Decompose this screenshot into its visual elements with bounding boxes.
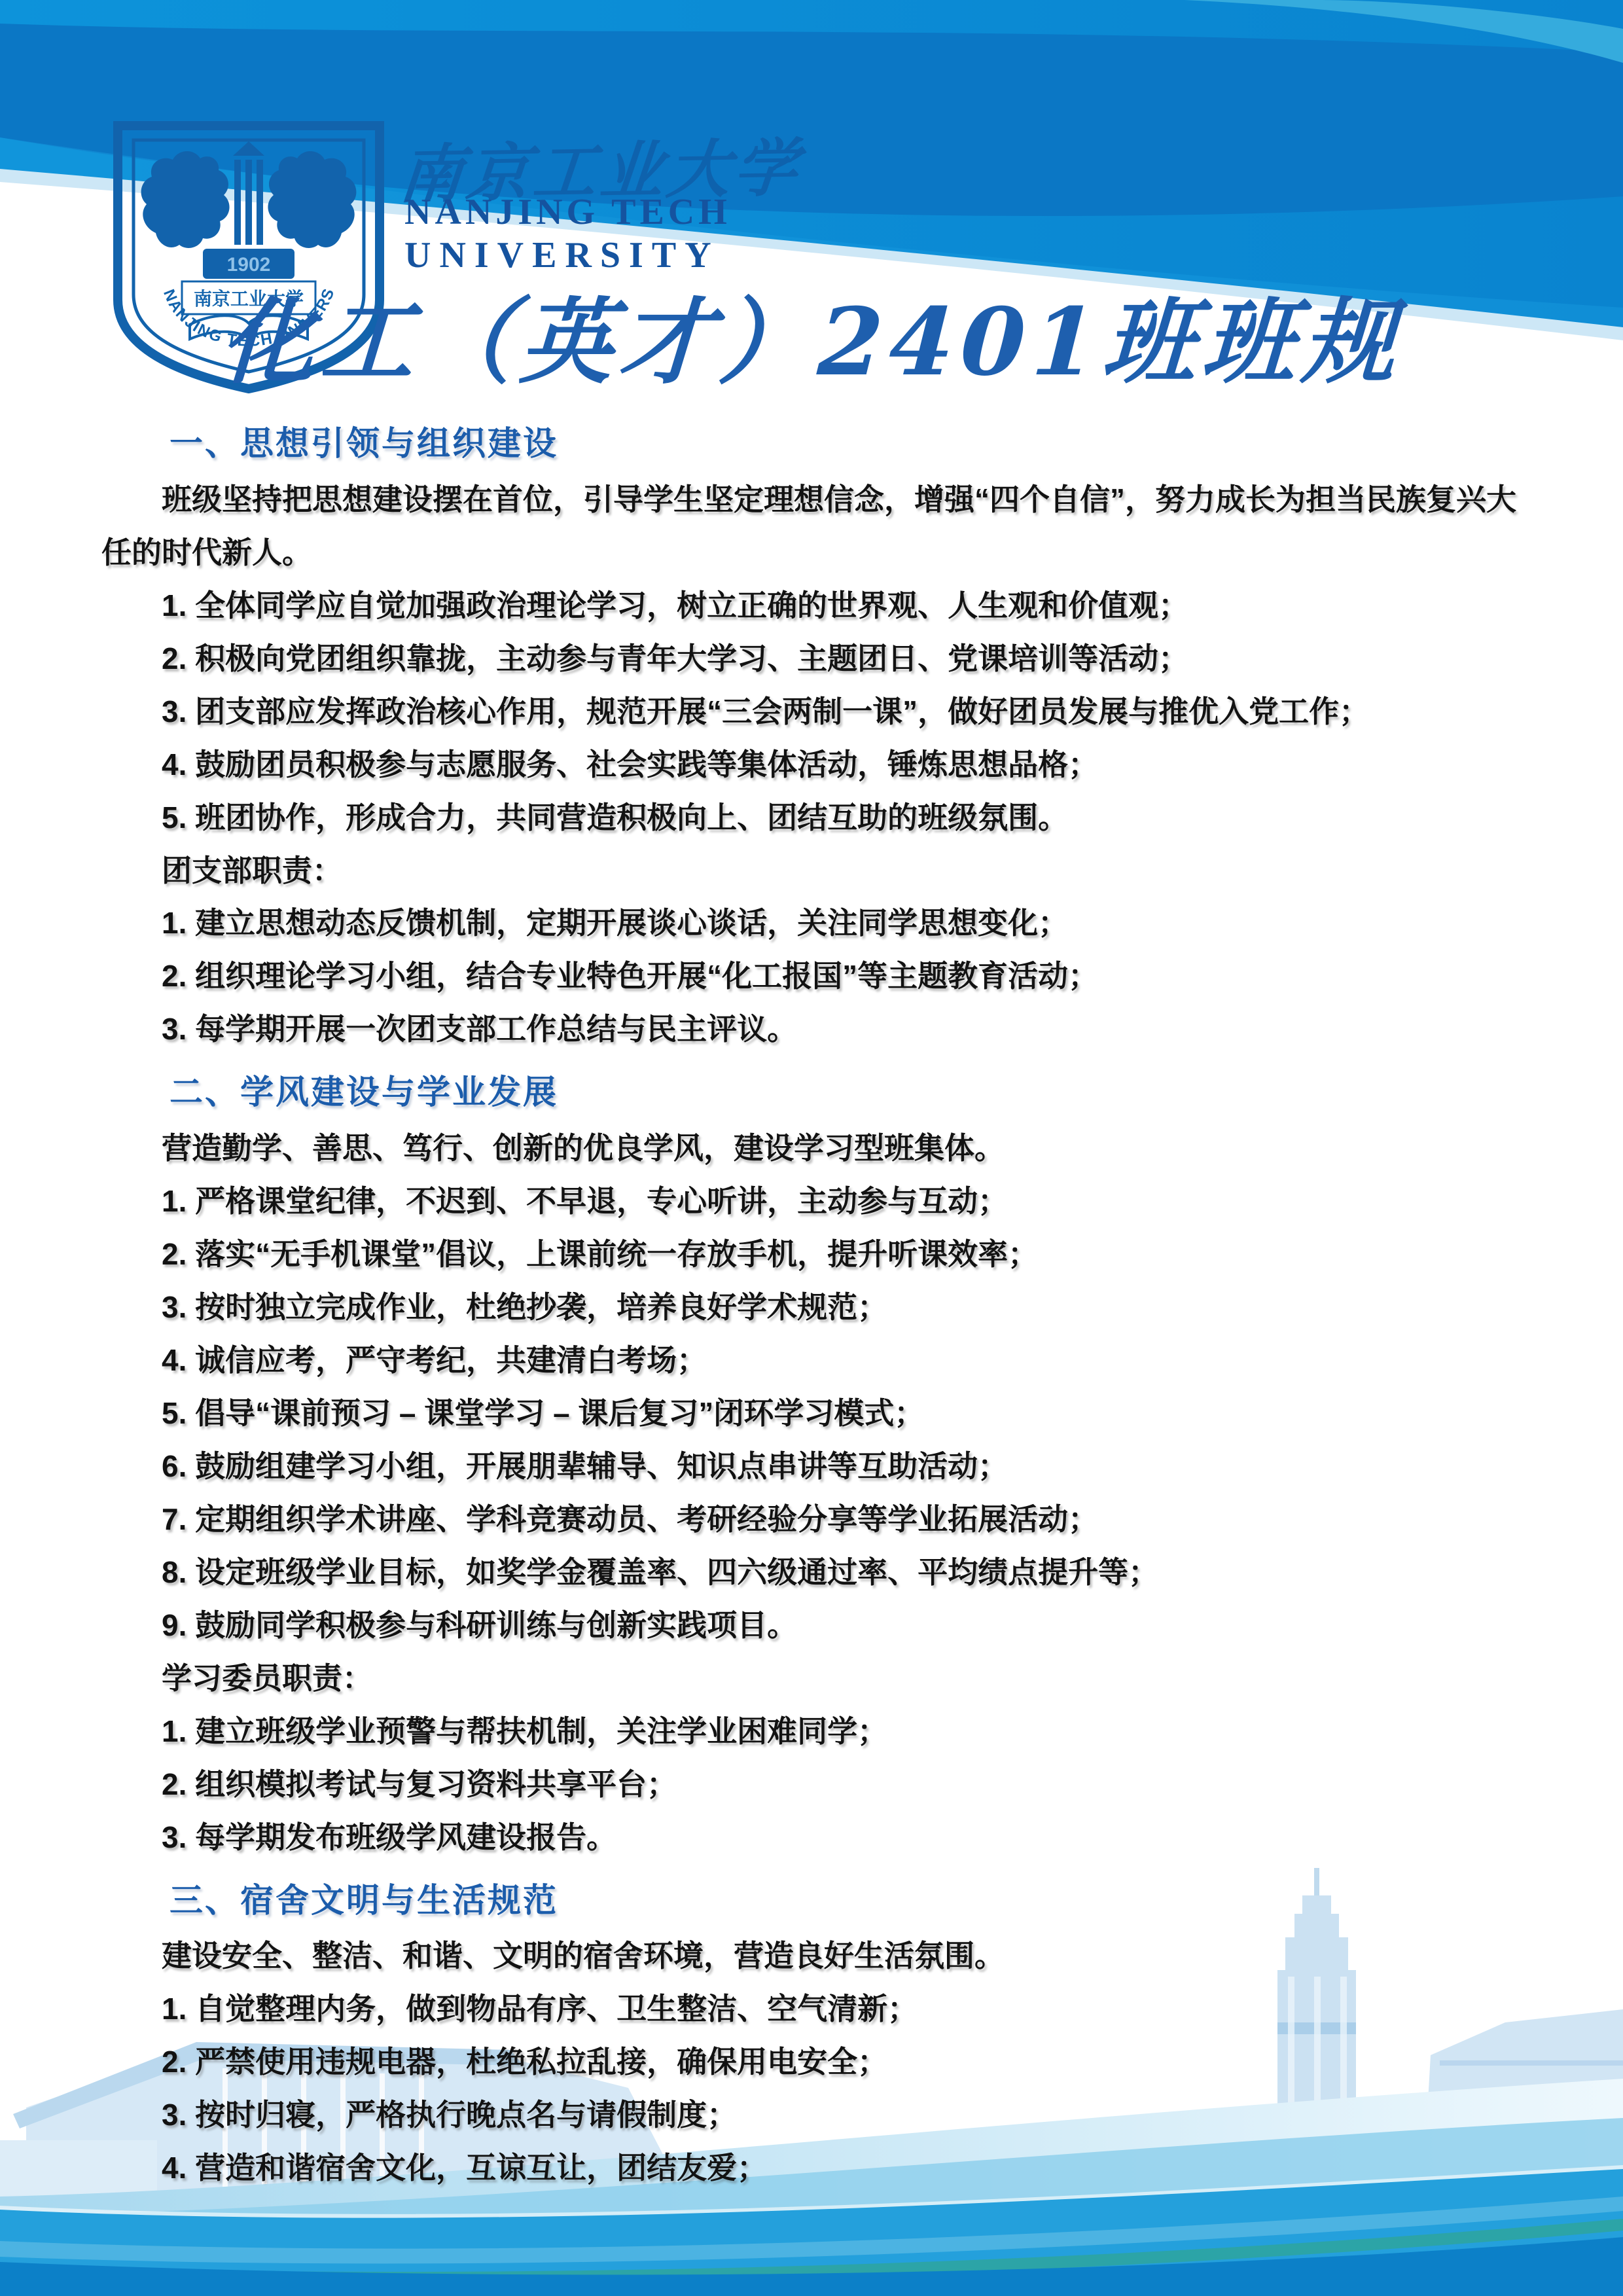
section-heading: 三、宿舍文明与生活规范 [101, 1878, 1531, 1924]
rule-item: 3. 按时独立完成作业，杜绝抄袭，培养良好学术规范； [101, 1281, 1531, 1334]
section-heading: 二、学风建设与学业发展 [101, 1070, 1531, 1115]
sub-heading: 学习委员职责： [101, 1652, 1531, 1705]
rule-section: 二、学风建设与学业发展营造勤学、善思、笃行、创新的优良学风，建设学习型班集体。1… [101, 1070, 1531, 1863]
rule-section: 三、宿舍文明与生活规范建设安全、整洁、和谐、文明的宿舍环境，营造良好生活氛围。1… [101, 1878, 1531, 2195]
tower-bar-icon [234, 160, 241, 245]
sub-item: 2. 组织模拟考试与复习资料共享平台； [101, 1758, 1531, 1811]
university-name-en-line1: NANJING TECH [404, 191, 731, 233]
rule-item: 7. 定期组织学术讲座、学科竞赛动员、考研经验分享等学业拓展活动； [101, 1493, 1531, 1546]
tower-bar-icon [257, 160, 263, 245]
sub-item: 2. 组织理论学习小组，结合专业特色开展“化工报国”等主题教育活动； [101, 950, 1531, 1003]
rule-section: 一、思想引领与组织建设班级坚持把思想建设摆在首位，引导学生坚定理想信念，增强“四… [101, 422, 1531, 1056]
sub-item: 3. 每学期发布班级学风建设报告。 [101, 1811, 1531, 1864]
section-intro: 营造勤学、善思、笃行、创新的优良学风，建设学习型班集体。 [101, 1122, 1531, 1175]
emblem-year-label: 1902 [227, 254, 271, 276]
rule-item: 4. 鼓励团员积极参与志愿服务、社会实践等集体活动，锤炼思想品格； [101, 738, 1531, 791]
rule-item: 2. 积极向党团组织靠拢，主动参与青年大学习、主题团日、党课培训等活动； [101, 632, 1531, 685]
rule-item: 5. 倡导“课前预习 – 课堂学习 – 课后复习”闭环学习模式； [101, 1387, 1531, 1440]
tower-bar-icon [245, 160, 252, 245]
rule-item: 9. 鼓励同学积极参与科研训练与创新实践项目。 [101, 1599, 1531, 1652]
page: 1902 南京工业大学 NANJING TECH UNIVERSITY 南京工业… [0, 0, 1623, 2296]
lion-right-icon [268, 151, 356, 248]
tower-cap-icon [233, 141, 264, 156]
sub-heading: 团支部职责： [101, 844, 1531, 897]
sub-item: 3. 每学期开展一次团支部工作总结与民主评议。 [101, 1003, 1531, 1056]
page-title: 化工（英才）2401班班规 [0, 296, 1623, 389]
rule-item: 4. 营造和谐宿舍文化，互谅互让，团结友爱； [101, 2142, 1531, 2195]
rule-item: 3. 按时归寝，严格执行晚点名与请假制度； [101, 2089, 1531, 2142]
rule-item: 6. 鼓励组建学习小组，开展朋辈辅导、知识点串讲等互助活动； [101, 1440, 1531, 1493]
section-intro: 建设安全、整洁、和谐、文明的宿舍环境，营造良好生活氛围。 [101, 1929, 1531, 1982]
rule-item: 8. 设定班级学业目标，如奖学金覆盖率、四六级通过率、平均绩点提升等； [101, 1546, 1531, 1599]
rule-item: 1. 自觉整理内务，做到物品有序、卫生整洁、空气清新； [101, 1982, 1531, 2036]
rule-item: 2. 落实“无手机课堂”倡议，上课前统一存放手机，提升听课效率； [101, 1228, 1531, 1281]
rule-item: 5. 班团协作，形成合力，共同营造积极向上、团结互助的班级氛围。 [101, 791, 1531, 844]
rule-item: 4. 诚信应考，严守考纪，共建清白考场； [101, 1334, 1531, 1387]
sub-item: 1. 建立思想动态反馈机制，定期开展谈心谈话，关注同学思想变化； [101, 897, 1531, 950]
rule-item: 3. 团支部应发挥政治核心作用，规范开展“三会两制一课”，做好团员发展与推优入党… [101, 685, 1531, 738]
lion-left-icon [141, 151, 230, 248]
section-heading: 一、思想引领与组织建设 [101, 422, 1531, 467]
rule-item: 1. 全体同学应自觉加强政治理论学习，树立正确的世界观、人生观和价值观； [101, 579, 1531, 632]
rule-item: 1. 严格课堂纪律，不迟到、不早退，专心听讲，主动参与互动； [101, 1175, 1531, 1228]
university-name-en-line2: UNIVERSITY [404, 234, 720, 276]
section-intro: 班级坚持把思想建设摆在首位，引导学生坚定理想信念，增强“四个自信”，努力成长为担… [101, 473, 1531, 579]
sections: 一、思想引领与组织建设班级坚持把思想建设摆在首位，引导学生坚定理想信念，增强“四… [101, 407, 1531, 2195]
sub-item: 1. 建立班级学业预警与帮扶机制，关注学业困难同学； [101, 1705, 1531, 1758]
rule-item: 2. 严禁使用违规电器，杜绝私拉乱接，确保用电安全； [101, 2036, 1531, 2089]
